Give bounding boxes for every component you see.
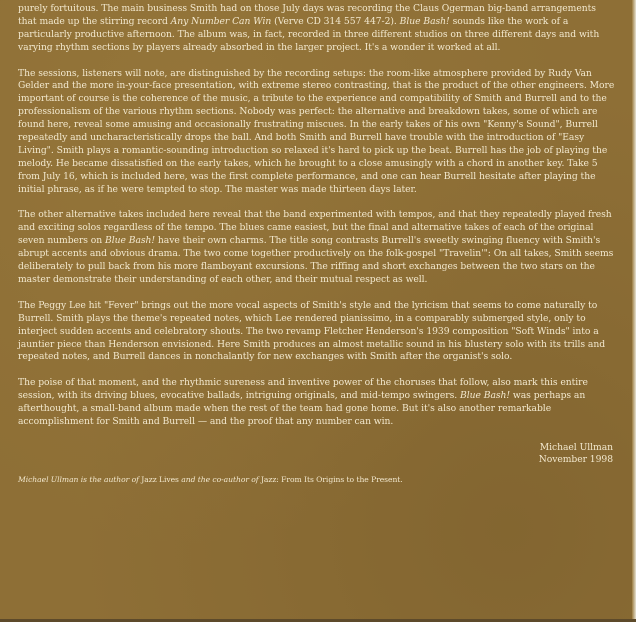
liner-notes-page: purely fortuitous. The main business Smi… [0,0,636,622]
paragraph: The poise of that moment, and the rhythm… [18,377,616,429]
signature-date: November 1998 [18,454,613,467]
author-bio: Michael Ullman is the author of Jazz Liv… [18,475,616,485]
paragraph: The other alternative takes included her… [18,209,616,286]
text-run: (Verve CD 314 557 447-2). [271,16,399,27]
text-run: The sessions, listeners will note, are d… [18,68,614,195]
paragraph: purely fortuitous. The main business Smi… [18,3,616,55]
page-edge [632,0,636,622]
text-run: The Peggy Lee hit "Fever" brings out the… [18,300,605,363]
italic-text: Any Number Can Win [171,16,272,27]
signature-block: Michael Ullman November 1998 [18,442,616,467]
signature-author: Michael Ullman [18,442,613,455]
text-run: Jazz: From Its Origins to the Present. [261,475,403,484]
text-run: Jazz Lives [141,475,179,484]
paragraph: The Peggy Lee hit "Fever" brings out the… [18,300,616,365]
paragraph: The sessions, listeners will note, are d… [18,68,616,197]
italic-text: Blue Bash! [105,235,155,246]
italic-text: Blue Bash! [460,390,510,401]
italic-text: Michael Ullman is the author of [18,475,141,484]
liner-notes-body: purely fortuitous. The main business Smi… [18,3,616,429]
italic-text: Blue Bash! [400,16,450,27]
italic-text: and the co-author of [179,475,261,484]
